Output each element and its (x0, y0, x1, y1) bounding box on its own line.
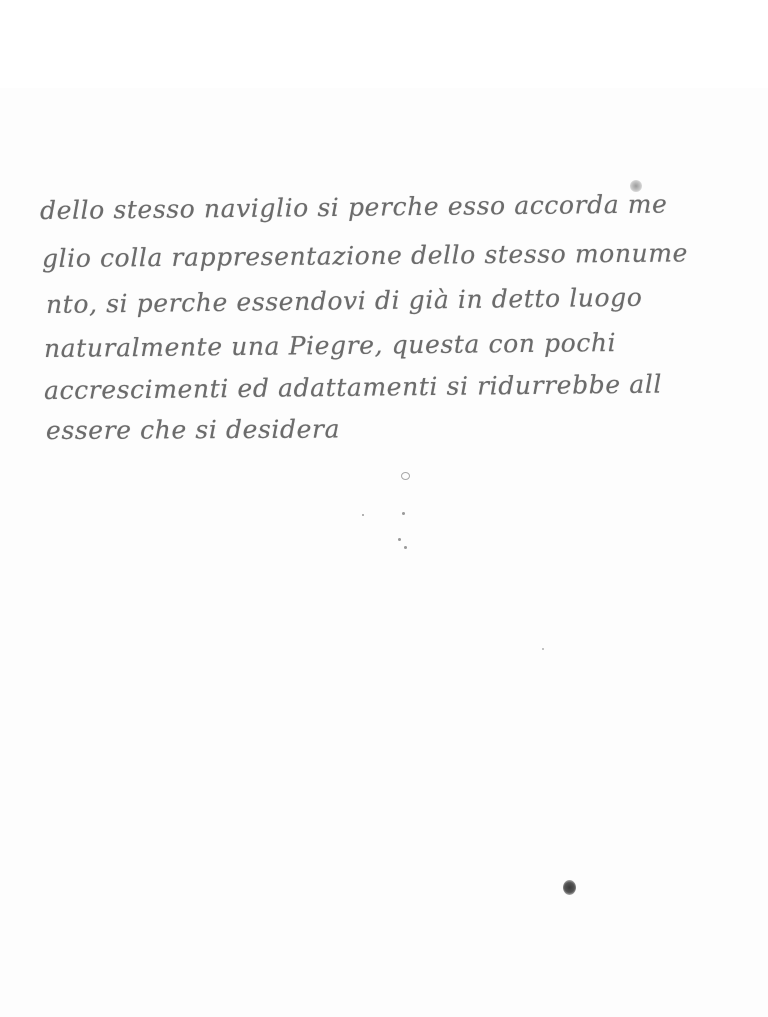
text-line-4: naturalmente una Piegre, questa con poch… (44, 328, 616, 363)
text-line-5: accrescimenti ed adattamenti si ridurreb… (44, 370, 662, 405)
text-line-3: nto, si perche essendovi di già in detto… (46, 283, 643, 319)
text-line-1: dello stesso naviglio si perche esso acc… (40, 189, 668, 225)
scan-margin (0, 0, 768, 88)
manuscript-page: dello stesso naviglio si perche esso acc… (0, 0, 768, 1017)
paper-speckle (404, 546, 407, 549)
ink-blot-bottom (563, 880, 576, 895)
text-line-6: essere che si desidera (46, 414, 340, 445)
paper-speck-ring (401, 472, 410, 480)
paper-speckle (398, 538, 401, 541)
paper-speckle (542, 648, 544, 650)
paper-speckle (362, 514, 364, 516)
paper-speckle (402, 512, 405, 515)
text-line-2: glio colla rappresentazione dello stesso… (42, 238, 688, 273)
ink-smudge-top (630, 180, 642, 192)
